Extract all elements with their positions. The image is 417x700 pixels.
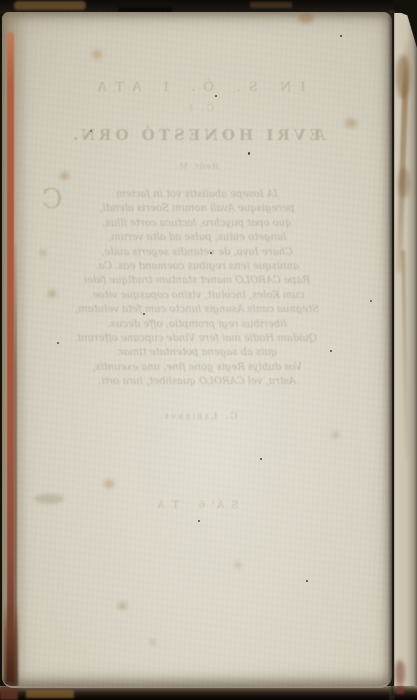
ghost-body-line: Quidam Hodie mai fere Vinde cupcane offe…: [32, 332, 362, 346]
ghost-body-line: langeto euius, pulse ad alta verum,: [32, 231, 362, 245]
cover-wear-blotch: [0, 686, 18, 700]
ghost-smudge: [34, 494, 64, 504]
book-photo-scene: IN S. Ó. I ATA C. I. ÆVRI HONESTÓ ORN. H…: [0, 0, 417, 700]
ghost-title-line-2: ÆVRI HONESTÓ ORN.: [32, 126, 362, 144]
ghost-body-line: annisque iens regibus coemand eos. Ca.: [32, 260, 362, 274]
cover-wear-blotch: [250, 2, 292, 8]
ghost-tiny-line: Hedr. M.: [32, 162, 362, 171]
ghost-title-line-1: IN S. Ó. I ATA: [32, 80, 362, 95]
ghost-signature-center: S A' 6: [197, 500, 239, 511]
ghost-body-line: IA Iosepe abalistis vot in faciem: [32, 188, 362, 202]
ink-speck: [306, 580, 308, 582]
fore-edge-stain-blotch: [396, 55, 410, 99]
ghost-body-line: Rape CAROLO manet stantum tradique fidei: [32, 274, 362, 288]
ghost-catchword: C. Labienvs.: [32, 412, 362, 422]
ghost-body-line: liberibus regi promptio, offe decus.: [32, 318, 362, 332]
fore-edge-stain-line: [401, 250, 409, 460]
ghost-body-line: Astra, vel CAROLO quaslibet, iura orti.: [32, 375, 362, 389]
ink-speck: [370, 300, 372, 302]
foxing-spot: [118, 602, 127, 610]
ghost-title-line-1b: C. I.: [32, 104, 362, 114]
fore-edge-stain-blotch: [395, 660, 405, 686]
ink-speck: [340, 35, 342, 37]
foxing-spot: [150, 640, 156, 645]
ghost-body-line: peregisque Avali nonum Soeris alendi,: [32, 202, 362, 216]
ghost-dropcap-letter: C: [42, 184, 63, 215]
show-through-text-layer: IN S. Ó. I ATA C. I. ÆVRI HONESTÓ ORN. H…: [32, 76, 362, 546]
cover-wear-blotch: [26, 690, 74, 698]
foxing-spot: [92, 50, 102, 59]
fore-edge-page-stack: [394, 0, 417, 700]
cover-wear-blotch: [396, 686, 404, 694]
ghost-body-line: quo opat puychro, lactuca corte illus,: [32, 217, 362, 231]
book-page: IN S. Ó. I ATA C. I. ÆVRI HONESTÓ ORN. H…: [2, 12, 392, 688]
ghost-body-line: Vos dubiys Regis gone fine, una exeuntis…: [32, 361, 362, 375]
ghost-body-line: Stegnua canis Asungis iuncto cum feta ve…: [32, 303, 362, 317]
ghost-body-line: quis ab sagena potentate timor.: [32, 346, 362, 360]
fore-edge-stain-blotch: [398, 168, 410, 198]
ghost-signature-right: T A: [156, 500, 179, 511]
ghost-signature-mark: S A' 6T A: [32, 500, 362, 511]
cover-bottom-band: [0, 686, 417, 700]
page-edge-crease: [388, 10, 395, 700]
cover-wear-blotch: [14, 1, 86, 10]
gutter-crease-line: [14, 242, 17, 682]
ghost-body-line: Chare Iuvo, de vetandis segeris aude,: [32, 246, 362, 260]
foxing-spot: [298, 13, 314, 23]
ghost-body-block: IA Iosepe abalistis vot in faciem peregi…: [32, 188, 362, 390]
red-edge-stain: [7, 32, 14, 682]
ghost-body-line: cum Koles, incoluit, visino copasque vit…: [32, 289, 362, 303]
foxing-spot: [235, 562, 241, 568]
